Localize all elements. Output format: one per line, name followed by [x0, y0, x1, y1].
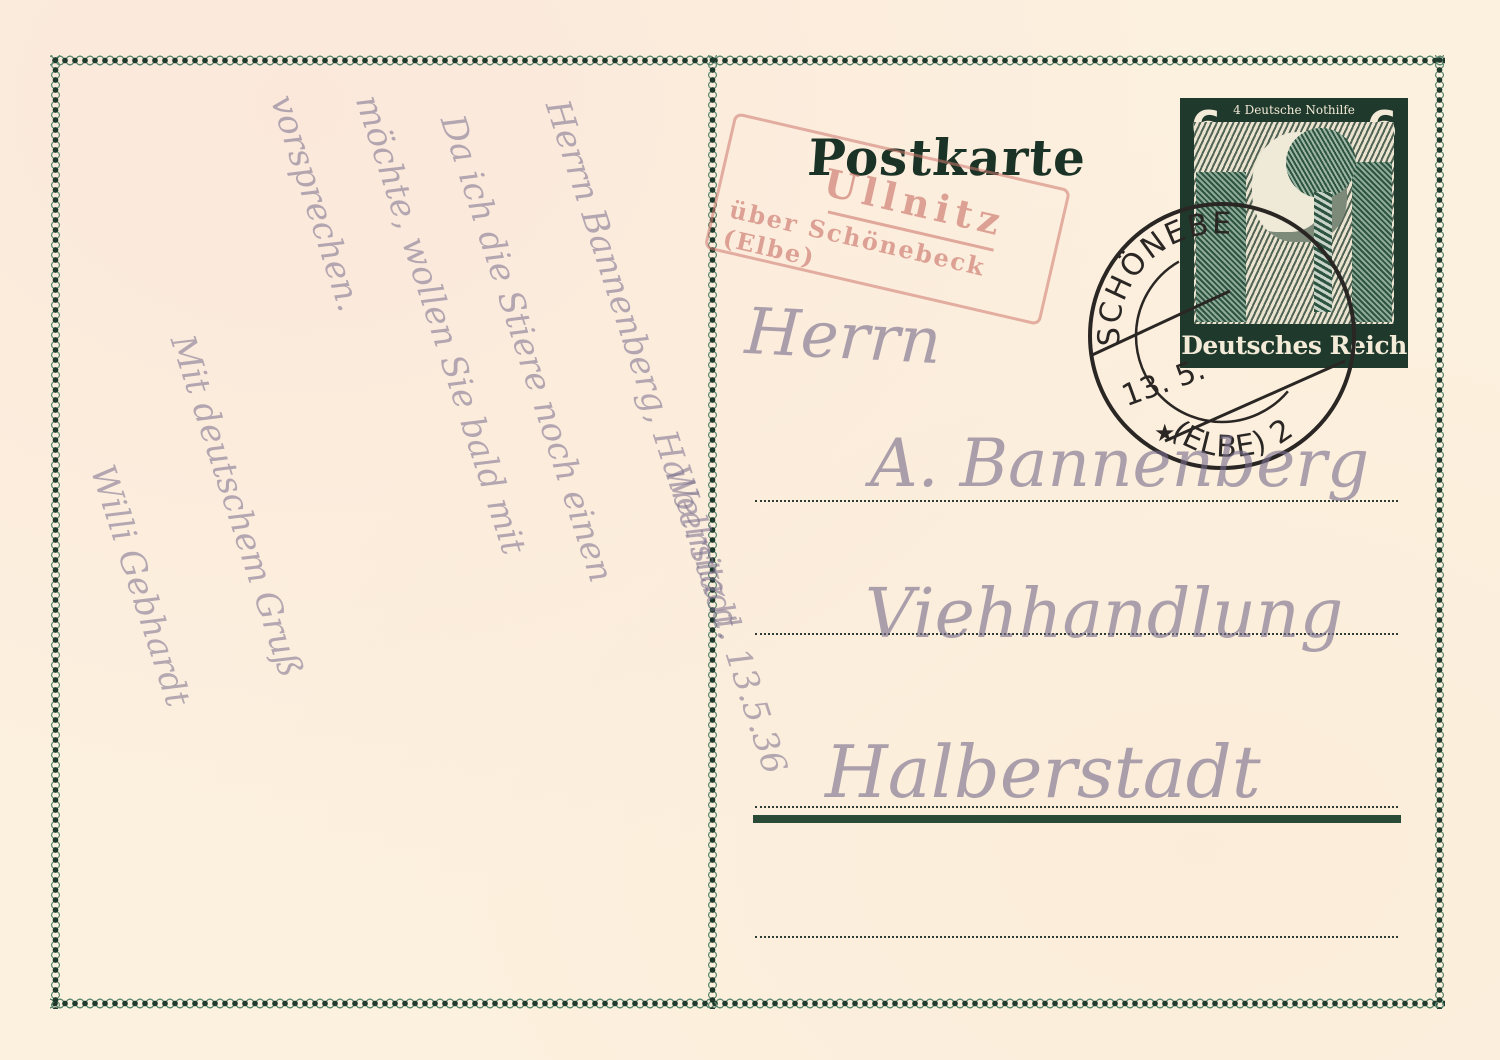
address-line — [755, 936, 1398, 938]
address-underline-bar — [753, 815, 1401, 823]
address-recipient-business: Viehhandlung — [865, 575, 1343, 654]
border-top — [50, 55, 1445, 66]
border-right — [1434, 55, 1445, 1009]
border-bottom — [50, 998, 1445, 1009]
address-recipient-salutation: Herrn — [743, 295, 943, 379]
address-recipient-city: Halberstadt — [825, 730, 1261, 814]
border-left — [50, 55, 61, 1009]
address-recipient-name: A. Bannenberg — [870, 425, 1369, 502]
postmark-date: 13. 5. — [1117, 352, 1210, 414]
stamp-top-label: 4 Deutsche Nothilfe 4 — [1232, 100, 1356, 120]
portrait-hair — [1286, 128, 1356, 198]
